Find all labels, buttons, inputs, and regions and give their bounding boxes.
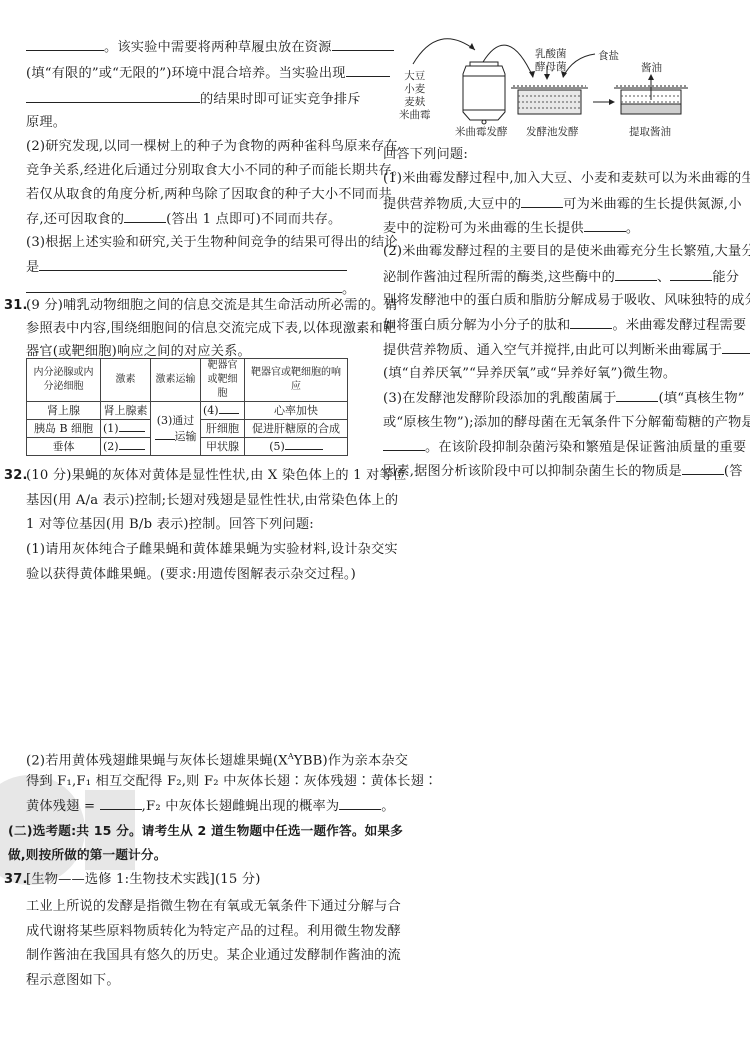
q32-part2-line-3: 黄体残翅 = ,F₂ 中灰体长翅雌蝇出现的概率为。: [26, 797, 395, 815]
table-cell: 垂体: [27, 438, 101, 456]
questions-intro: 回答下列问题:: [383, 146, 468, 164]
answer-blank[interactable]: [521, 195, 563, 208]
table-cell: 肾上腺: [27, 402, 101, 420]
answer-blank[interactable]: [570, 316, 612, 329]
answer-blank[interactable]: [119, 421, 145, 432]
table-cell: (2): [101, 438, 151, 456]
answer-blank[interactable]: [100, 797, 142, 810]
q37-line-2: 成代谢将某些原料物质转化为特定产品的过程。利用微生物发酵: [26, 923, 401, 941]
answer-blank[interactable]: [616, 389, 658, 402]
salt-label: 食盐: [598, 48, 619, 63]
table-row: 肾上腺 肾上腺素 (3)通过 运输 (4) 心率加快: [27, 402, 348, 420]
q32-part1-line-2: 验以获得黄体雌果蝇。(要求:用遗传图解表示杂交过程。): [26, 566, 356, 584]
question-number: 31.: [4, 297, 28, 315]
q37-line-1: 工业上所说的发酵是指微生物在有氧或无氧条件下通过分解与合: [26, 898, 401, 916]
table-cell: (4): [201, 402, 245, 420]
q31-line-2: 参照表中内容,围绕细胞间的信息交流完成下表,以体现激素和靶: [26, 320, 396, 338]
hormone-table: 内分泌腺或内分泌细胞 激素 激素运输 靶器官或靶细胞 靶器官或靶细胞的响应 肾上…: [26, 358, 348, 456]
q37-part1-line-3: 麦中的淀粉可为米曲霉的生长提供。: [383, 219, 639, 237]
answer-blank[interactable]: [285, 439, 323, 450]
q30-line-3: 的结果时即可证实竞争排斥: [26, 90, 361, 108]
question-number: 37.: [4, 871, 28, 889]
q30-part2-line-2: 竞争关系,经进化后通过分别取食大小不同的种子而能长期共存。: [26, 162, 405, 180]
q32-part1-line-1: (1)请用灰体纯合子雌果蝇和黄体雄果蝇为实验材料,设计杂交实: [26, 541, 398, 559]
q30-line-4: 原理。: [26, 114, 66, 132]
table-cell: 肝细胞: [201, 420, 245, 438]
question-number: 32.: [4, 467, 28, 485]
q30-part3-line-2: 是: [26, 258, 347, 276]
answer-blank[interactable]: [615, 268, 657, 281]
flow-diagram-graphics: [383, 12, 713, 137]
table-cell-transport: (3)通过 运输: [151, 402, 201, 456]
q32-line-2: 基因(用 A/a 表示)控制;长翅对残翅是显性性状,由常染色体上的: [26, 492, 398, 510]
answer-blank[interactable]: [39, 258, 347, 271]
q30-line-1: 。该实验中需要将两种草履虫放在资源: [26, 38, 394, 56]
q30-part2-line-1: (2)研究发现,以同一棵树上的种子为食物的两种雀科鸟原来存在: [26, 138, 398, 156]
table-header: 激素运输: [151, 359, 201, 402]
answer-blank[interactable]: [26, 90, 200, 103]
q37-part2-line-2: 泌制作酱油过程所需的酶类,这些酶中的、能分: [383, 268, 739, 286]
table-cell: 肾上腺素: [101, 402, 151, 420]
q32-part2-line-1: (2)若用黄体残翅雌果蝇与灰体长翅雄果蝇(XAYBB)作为亲本杂交: [26, 748, 408, 766]
q37-title: 37.[生物——选修 1:生物技术实践](15 分): [26, 871, 261, 889]
answer-blank[interactable]: [26, 280, 342, 293]
q30-part2-line-4: 存,还可因取食的(答出 1 点即可)不同而共存。: [26, 210, 341, 228]
q30-part2-line-3: 若仅从取食的角度分析,两种鸟除了因取食的种子大小不同而共: [26, 186, 392, 204]
table-cell: 胰岛 B 细胞: [27, 420, 101, 438]
answer-blank[interactable]: [722, 341, 750, 354]
q37-part2-line-1: (2)米曲霉发酵过程的主要目的是使米曲霉充分生长繁殖,大量分: [383, 243, 750, 261]
answer-blank[interactable]: [219, 403, 239, 414]
answer-area[interactable]: [26, 590, 348, 740]
soy-sauce-label: 酱油: [641, 60, 662, 75]
q32-line-1: 32.(10 分)果蝇的灰体对黄体是显性性状,由 X 染色体上的 1 对等位: [26, 467, 406, 485]
microbe-inputs: 乳酸菌 酵母菌: [535, 48, 567, 74]
q37-part2-line-4: 如将蛋白质分解为小分子的肽和。米曲霉发酵过程需要: [383, 316, 746, 334]
input-materials: 大豆 小麦 麦麸 米曲霉: [399, 70, 431, 122]
table-header: 靶器官或靶细胞的响应: [245, 359, 348, 402]
answer-blank[interactable]: [670, 268, 712, 281]
section-heading-line-2: 做,则按所做的第一题计分。: [8, 846, 167, 864]
q30-part3-line-1: (3)根据上述实验和研究,关于生物种间竞争的结果可得出的结论: [26, 234, 398, 252]
q30-line-2: (填“有限的”或“无限的”)环境中混合培养。当实验出现: [26, 64, 390, 82]
answer-blank[interactable]: [584, 219, 626, 232]
q31-line-1: 31.(9 分)哺乳动物细胞之间的信息交流是其生命活动所必需的。请: [26, 297, 398, 315]
q37-part3-line-1: (3)在发酵池发酵阶段添加的乳酸菌属于(填“真核生物”: [383, 389, 745, 407]
q37-part2-line-6: (填“自养厌氧”“异养厌氧”或“异养好氧”)微生物。: [383, 365, 676, 383]
answer-blank[interactable]: [682, 462, 724, 475]
q32-line-3: 1 对等位基因(用 B/b 表示)控制。回答下列问题:: [26, 516, 314, 534]
table-cell: 心率加快: [245, 402, 348, 420]
q37-part3-line-2: 或“原核生物”);添加的酵母菌在无氧条件下分解葡萄糖的产物是: [383, 414, 750, 432]
stage-label: 提取酱油: [629, 124, 671, 139]
q37-part3-line-4: 因素,据图分析该阶段中可以抑制杂菌生长的物质是(答: [383, 462, 743, 480]
table-header: 内分泌腺或内分泌细胞: [27, 359, 101, 402]
q37-part2-line-3: 别将发酵池中的蛋白质和脂肪分解成易于吸收、风味独特的成分,: [383, 292, 750, 310]
answer-blank[interactable]: [119, 439, 145, 450]
table-header-row: 内分泌腺或内分泌细胞 激素 激素运输 靶器官或靶细胞 靶器官或靶细胞的响应: [27, 359, 348, 402]
answer-blank[interactable]: [26, 38, 104, 51]
table-header: 激素: [101, 359, 151, 402]
q30-part3-line-3: 。: [26, 280, 355, 298]
soy-sauce-flow-diagram: 大豆 小麦 麦麸 米曲霉 乳酸菌 酵母菌 食盐 酱油 米曲霉发酵 发酵池发酵 提…: [383, 12, 713, 137]
answer-blank[interactable]: [155, 429, 175, 440]
stage-label: 米曲霉发酵: [455, 124, 508, 139]
answer-blank[interactable]: [339, 797, 381, 810]
table-header: 靶器官或靶细胞: [201, 359, 245, 402]
q37-part3-line-3: 。在该阶段抑制杂菌污染和繁殖是保证酱油质量的重要: [383, 438, 746, 456]
table-cell: (1): [101, 420, 151, 438]
q37-part1-line-2: 提供营养物质,大豆中的可为米曲霉的生长提供氮源,小: [383, 195, 742, 213]
table-cell: 促进肝糖原的合成: [245, 420, 348, 438]
transport-text: (3)通过: [153, 413, 198, 429]
stage-label: 发酵池发酵: [526, 124, 579, 139]
q37-line-3: 制作酱油在我国具有悠久的历史。某企业通过发酵制作酱油的流: [26, 947, 401, 965]
table-cell: (5): [245, 438, 348, 456]
q32-part2-line-2: 得到 F₁,F₁ 相互交配得 F₂,则 F₂ 中灰体长翅∶灰体残翅∶黄体长翅∶: [26, 773, 437, 791]
q37-line-4: 程示意图如下。: [26, 972, 120, 990]
table-cell: 甲状腺: [201, 438, 245, 456]
q37-part1-line-1: (1)米曲霉发酵过程中,加入大豆、小麦和麦麸可以为米曲霉的生长: [383, 170, 750, 188]
section-heading: (二)选考题:共 15 分。请考生从 2 道生物题中任选一题作答。如果多: [8, 822, 403, 840]
q37-part2-line-5: 提供营养物质、通入空气并搅拌,由此可以判断米曲霉属于: [383, 341, 750, 359]
answer-blank[interactable]: [383, 438, 425, 451]
answer-blank[interactable]: [124, 210, 166, 223]
